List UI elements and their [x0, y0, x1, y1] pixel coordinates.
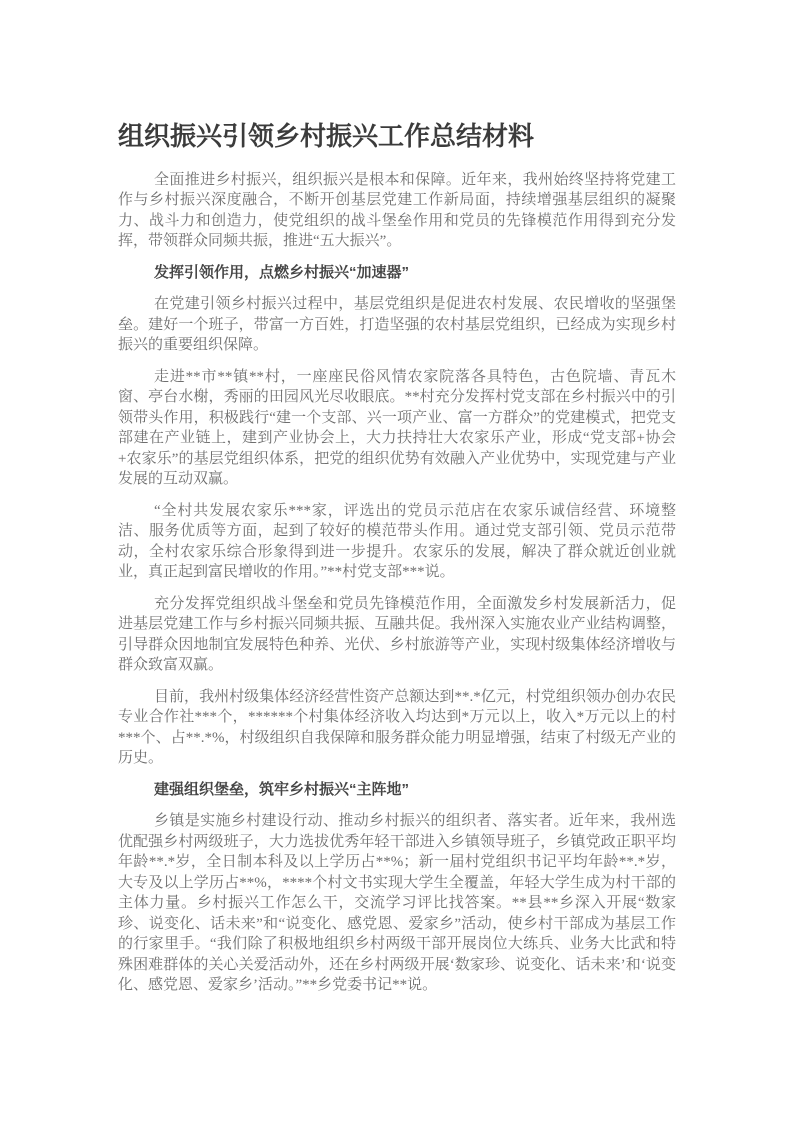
document-page: 组织振兴引领乡村振兴工作总结材料 全面推进乡村振兴，组织振兴是根本和保障。近年来…	[0, 0, 793, 1122]
paragraph-section1-stats: 目前，我州村级集体经济经营性资产总额达到**.*亿元，村党组织领办创办农民专业合…	[118, 687, 676, 769]
paragraph-section2-1: 乡镇是实施乡村建设行动、推动乡村振兴的组织者、落实者。近年来，我州选优配强乡村两…	[118, 811, 676, 996]
section-heading-2: 建强组织堡垒，筑牢乡村振兴“主阵地”	[118, 780, 676, 801]
paragraph-section1-3: 充分发挥党组织战斗堡垒和党员先锋模范作用，全面激发乡村发展新活力，促进基层党建工…	[118, 594, 676, 676]
paragraph-section1-quote: “全村共发展农家乐***家，评选出的党员示范店在农家乐诚信经营、环境整洁、服务优…	[118, 501, 676, 583]
paragraph-intro: 全面推进乡村振兴，组织振兴是根本和保障。近年来，我州始终坚持将党建工作与乡村振兴…	[118, 170, 676, 252]
document-title: 组织振兴引领乡村振兴工作总结材料	[118, 120, 676, 154]
section-heading-1: 发挥引领作用，点燃乡村振兴“加速器”	[118, 263, 676, 284]
paragraph-section1-1: 在党建引领乡村振兴过程中，基层党组织是促进农村发展、农民增收的坚强堡垒。建好一个…	[118, 294, 676, 356]
paragraph-section1-2: 走进**市**镇**村，一座座民俗风情农家院落各具特色，古色院墙、青瓦木窗、亭台…	[118, 367, 676, 490]
